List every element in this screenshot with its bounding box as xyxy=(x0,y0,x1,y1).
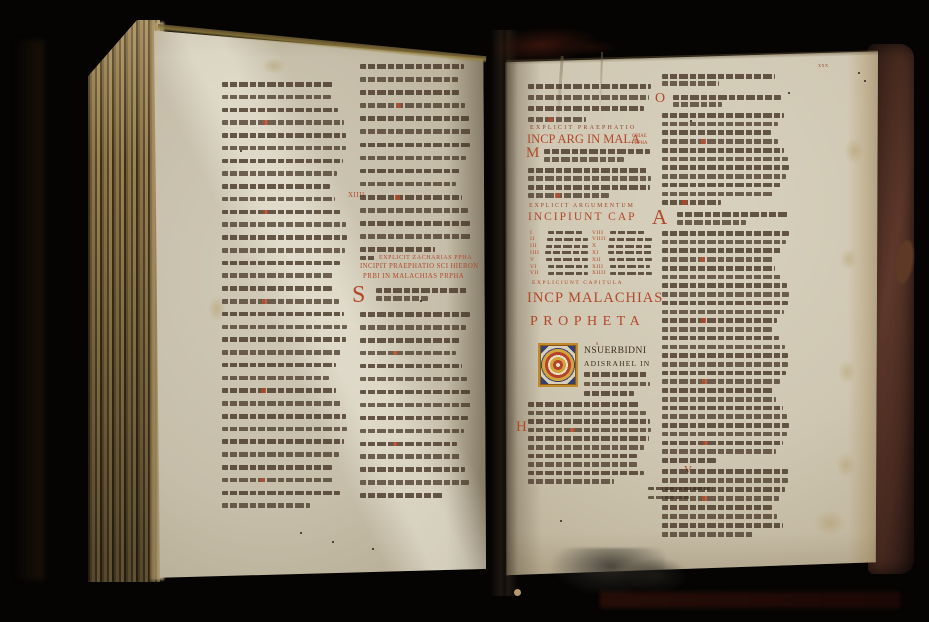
gutter-fold xyxy=(490,30,518,596)
text-line xyxy=(662,81,719,86)
text-line xyxy=(360,129,471,134)
text-line xyxy=(222,248,345,253)
text-line xyxy=(662,240,786,245)
text-line xyxy=(360,195,462,200)
text-line xyxy=(360,90,459,95)
capitulum-numeral: I xyxy=(530,230,545,236)
text-line xyxy=(222,235,347,240)
text-line xyxy=(662,283,787,288)
sewing-support-dot xyxy=(514,589,521,596)
text-line xyxy=(662,192,774,197)
text-line xyxy=(610,231,646,234)
capitulum-numeral: XIIII xyxy=(592,270,607,276)
text-line xyxy=(528,193,609,198)
text-line xyxy=(609,258,652,261)
text-line xyxy=(662,200,721,205)
text-line xyxy=(662,122,778,127)
text-line xyxy=(662,397,776,402)
text-line xyxy=(222,363,336,368)
capitulum-entry: II xyxy=(530,237,588,242)
text-line xyxy=(360,377,467,382)
capitulum-entry: III xyxy=(530,244,588,249)
text-line xyxy=(662,130,771,135)
text-line xyxy=(222,491,340,496)
capitulum-numeral: V xyxy=(530,257,543,263)
text-line xyxy=(222,465,332,470)
text-line xyxy=(662,353,788,358)
capitulum-numeral: XIII xyxy=(592,264,607,270)
capitulum-entry: VIII xyxy=(592,230,652,235)
text-line xyxy=(584,372,648,377)
text-line xyxy=(662,174,786,179)
text-line xyxy=(662,139,778,144)
text-line xyxy=(222,222,346,227)
right-column-b-hang-lines xyxy=(662,74,790,86)
capitula-list-left: IIIIIIIIIIVVIVII xyxy=(530,230,588,276)
text-line xyxy=(222,261,340,266)
explicit-capitula: EXPLICIUNT CAPITULA xyxy=(532,281,623,287)
text-line xyxy=(610,272,652,275)
rubric-incipit-argumentum-stack-2: PRPHA xyxy=(632,141,647,147)
text-line xyxy=(662,336,779,341)
ink-speck xyxy=(372,548,374,550)
text-line xyxy=(528,185,650,190)
text-line xyxy=(662,248,781,253)
text-line xyxy=(608,251,652,254)
text-line xyxy=(222,376,329,381)
capitulum-numeral: XI xyxy=(592,250,605,256)
text-line xyxy=(360,493,443,498)
left-cover-edge xyxy=(14,40,44,580)
text-line xyxy=(546,245,588,248)
text-line xyxy=(673,102,722,107)
text-line xyxy=(222,478,334,483)
capitulum-numeral: IIII xyxy=(530,250,542,256)
capitulum-numeral: X xyxy=(592,243,605,249)
text-line xyxy=(662,406,783,411)
text-line xyxy=(528,462,637,467)
text-line xyxy=(662,327,772,332)
ink-speck xyxy=(300,532,302,534)
capitulum-entry: XI xyxy=(592,250,652,255)
text-line xyxy=(376,288,468,293)
stain xyxy=(262,58,286,74)
text-line xyxy=(222,286,332,291)
text-line xyxy=(360,351,456,356)
text-line xyxy=(360,77,458,82)
text-line xyxy=(222,401,342,406)
text-line xyxy=(528,428,651,433)
capitulum-numeral: VI xyxy=(530,264,545,270)
text-line xyxy=(222,388,336,393)
text-line xyxy=(360,480,469,485)
capitulum-entry: IIII xyxy=(530,250,588,255)
stain xyxy=(814,510,846,536)
ink-speck xyxy=(864,80,866,82)
text-line xyxy=(548,265,588,268)
text-line xyxy=(662,301,788,306)
text-line xyxy=(360,208,468,213)
text-line xyxy=(360,364,462,369)
text-line xyxy=(662,478,788,483)
text-line xyxy=(662,148,784,153)
rubric-incipit-praefatio-1: INCIPIT PRAEPHATIO SCI HIERON xyxy=(360,264,479,271)
argumentum-text-beside xyxy=(544,149,652,162)
text-line xyxy=(584,391,634,396)
text-line xyxy=(662,266,775,271)
text-line xyxy=(222,325,347,330)
text-line xyxy=(547,238,588,241)
text-line xyxy=(662,532,754,537)
text-line xyxy=(662,257,774,262)
text-line xyxy=(360,143,470,148)
capitulum-numeral: II xyxy=(530,236,544,242)
text-line xyxy=(222,350,342,355)
text-line xyxy=(222,95,331,100)
capitulum-numeral: XII xyxy=(592,257,606,263)
capitulum-entry: VII xyxy=(530,271,588,276)
text-line xyxy=(222,108,338,113)
text-line xyxy=(545,251,588,254)
text-line xyxy=(528,479,614,484)
text-line xyxy=(584,382,650,387)
text-line xyxy=(360,169,461,174)
text-line xyxy=(544,157,624,162)
rubric-incipit-argumentum: INCP ARG IN MALA xyxy=(527,133,640,146)
ink-speck xyxy=(858,72,860,74)
text-line xyxy=(222,299,339,304)
initial-A: A xyxy=(652,207,667,228)
capitulum-entry: XIIII xyxy=(592,271,652,276)
text-line xyxy=(544,149,650,154)
text-line xyxy=(662,371,786,376)
text-line xyxy=(222,427,347,432)
capitulum-entry: XII xyxy=(592,257,652,262)
text-line xyxy=(662,414,787,419)
text-line xyxy=(222,503,310,508)
capitulum-numeral: VIIII xyxy=(592,236,606,242)
capitulum-entry: X xyxy=(592,244,652,249)
text-line xyxy=(222,120,344,125)
text-line xyxy=(222,312,344,317)
rubric-incipiunt-capitula: INCIPIUNT CAP xyxy=(528,212,637,224)
rubric-incipit-malachias: INCP MALACHIAS xyxy=(527,291,663,306)
text-line xyxy=(360,403,471,408)
text-line xyxy=(662,388,773,393)
bottom-binding-edge xyxy=(600,592,900,608)
right-column-b-block1 xyxy=(662,113,790,205)
text-line xyxy=(360,64,464,69)
right-column-b-block3 xyxy=(662,469,790,537)
text-line xyxy=(222,146,346,151)
text-line xyxy=(222,414,346,419)
text-line xyxy=(546,258,588,261)
capitulum-entry: XIII xyxy=(592,264,652,269)
text-line xyxy=(662,379,780,384)
text-line xyxy=(528,445,644,450)
stain xyxy=(838,360,856,384)
capitulum-entry: VI xyxy=(530,264,588,269)
text-line xyxy=(360,325,466,330)
stain xyxy=(840,248,858,270)
text-line xyxy=(222,159,343,164)
capitulum-entry: VIIII xyxy=(592,237,652,242)
text-line xyxy=(662,514,777,519)
capitula-list-right: VIIIVIIIIXXIXIIXIIIXIIII xyxy=(592,230,652,276)
text-line xyxy=(677,220,746,225)
explicit-zacharias-line: EXPLICIT ZACHARIAS PPHA xyxy=(360,255,472,261)
text-line xyxy=(360,247,435,252)
capitulum-numeral: VII xyxy=(530,270,545,276)
text-line xyxy=(528,471,644,476)
capitulum-entry: V xyxy=(530,257,588,262)
left-column-b-text-top xyxy=(360,64,472,252)
capitulum-numeral: III xyxy=(530,243,543,249)
text-line xyxy=(528,402,640,407)
text-line xyxy=(528,95,649,100)
text-line xyxy=(360,221,470,226)
stain xyxy=(836,452,856,478)
text-line xyxy=(662,310,784,315)
initial-O: O xyxy=(655,92,665,106)
ink-speck xyxy=(560,520,562,522)
display-caps-line-1: NSUERBIDNI xyxy=(584,347,647,357)
text-line xyxy=(360,234,471,239)
text-line xyxy=(662,469,788,474)
text-line xyxy=(662,74,775,79)
ink-speck xyxy=(788,92,790,94)
text-line xyxy=(360,467,465,472)
text-line xyxy=(360,156,466,161)
text-line xyxy=(548,231,584,234)
text-line xyxy=(528,84,651,89)
text-line xyxy=(662,231,789,236)
text-line xyxy=(528,168,648,173)
text-line xyxy=(222,133,346,138)
text-line xyxy=(548,272,588,275)
text-line xyxy=(528,106,644,111)
text-line xyxy=(610,265,650,268)
display-caps-line-2: ADISRAHEL IN xyxy=(584,360,650,368)
text-line xyxy=(528,419,650,424)
gutter-bottom-smudge xyxy=(620,556,692,596)
text-line xyxy=(662,505,772,510)
initial-argumentum: M xyxy=(526,146,539,161)
text-line xyxy=(662,423,789,428)
text-line xyxy=(360,312,470,317)
text-line xyxy=(662,183,781,188)
text-line xyxy=(662,523,783,528)
text-line xyxy=(662,165,789,170)
text-line xyxy=(360,390,470,395)
argumentum-text xyxy=(528,168,652,198)
text-line xyxy=(222,210,342,215)
text-line xyxy=(528,411,646,416)
text-line xyxy=(222,197,335,202)
explicit-zacharias: EXPLICIT ZACHARIAS PPHA xyxy=(379,255,472,261)
text-line xyxy=(222,337,346,342)
text-line xyxy=(222,184,330,189)
text-line xyxy=(528,176,651,181)
rubric-incipit-praefatio-2: PRBI IN MALACHIAS PRPHA xyxy=(363,274,464,281)
text-line xyxy=(360,454,460,459)
text-line xyxy=(360,338,461,343)
rubric-propheta: PROPHETA xyxy=(530,315,645,329)
text-line xyxy=(222,452,339,457)
ink-speck xyxy=(332,541,334,543)
text-line xyxy=(662,318,777,323)
text-line xyxy=(662,362,788,367)
text-line xyxy=(528,454,637,459)
text-line xyxy=(662,113,784,118)
text-line xyxy=(222,82,334,87)
text-line xyxy=(609,238,652,241)
text-line xyxy=(360,256,376,260)
explicit-praefatio: EXPLICIT PRAEPHATIO xyxy=(530,125,637,131)
rubric-incipit-argumentum-stack-1: CHIAE xyxy=(632,134,647,140)
text-line xyxy=(662,441,783,446)
text-line xyxy=(376,296,428,301)
illuminated-initial-O xyxy=(538,343,578,387)
paragraph-initial-H: H xyxy=(516,420,527,435)
text-line xyxy=(360,429,464,434)
right-column-b-block2-beside xyxy=(677,212,790,225)
text-line xyxy=(662,345,785,350)
malachi-text-body xyxy=(528,402,652,484)
text-line xyxy=(673,95,781,100)
left-column-b-text-beside xyxy=(376,288,472,301)
text-line xyxy=(662,292,789,297)
right-column-a-text-top xyxy=(528,84,652,122)
spine-top-stain xyxy=(556,40,622,55)
folio-mark: xxx xyxy=(818,63,829,69)
text-line xyxy=(222,439,344,444)
text-line xyxy=(662,496,779,501)
text-line xyxy=(662,157,788,162)
text-line xyxy=(677,212,788,217)
left-column-b-text-bottom xyxy=(360,312,472,498)
text-line xyxy=(360,116,469,121)
text-line xyxy=(662,275,782,280)
text-line xyxy=(662,458,716,463)
text-line xyxy=(528,117,586,122)
text-line xyxy=(608,245,652,248)
left-column-a-text xyxy=(222,82,348,508)
text-line xyxy=(360,103,465,108)
right-column-b-block1-beside xyxy=(673,95,790,107)
text-line xyxy=(662,432,787,437)
manuscript-photo: XIIII EXPLICIT ZACHARIAS PPHA INCIPIT PR… xyxy=(0,0,929,622)
text-line xyxy=(662,487,785,492)
text-line xyxy=(528,436,649,441)
malachi-text-beside-initial xyxy=(584,372,652,396)
capitulum-numeral: VIII xyxy=(592,230,607,236)
text-line xyxy=(360,416,468,421)
text-line xyxy=(222,171,337,176)
text-line xyxy=(222,273,333,278)
stain xyxy=(844,138,864,164)
text-line xyxy=(360,182,456,187)
capitulum-entry: I xyxy=(530,230,588,235)
right-column-b-block2 xyxy=(662,231,790,463)
text-line xyxy=(360,442,457,447)
explicit-argumentum: EXPLICIT ARGUMENTUM xyxy=(529,203,635,209)
text-line xyxy=(662,449,776,454)
initial-praefatio: S xyxy=(352,283,365,307)
